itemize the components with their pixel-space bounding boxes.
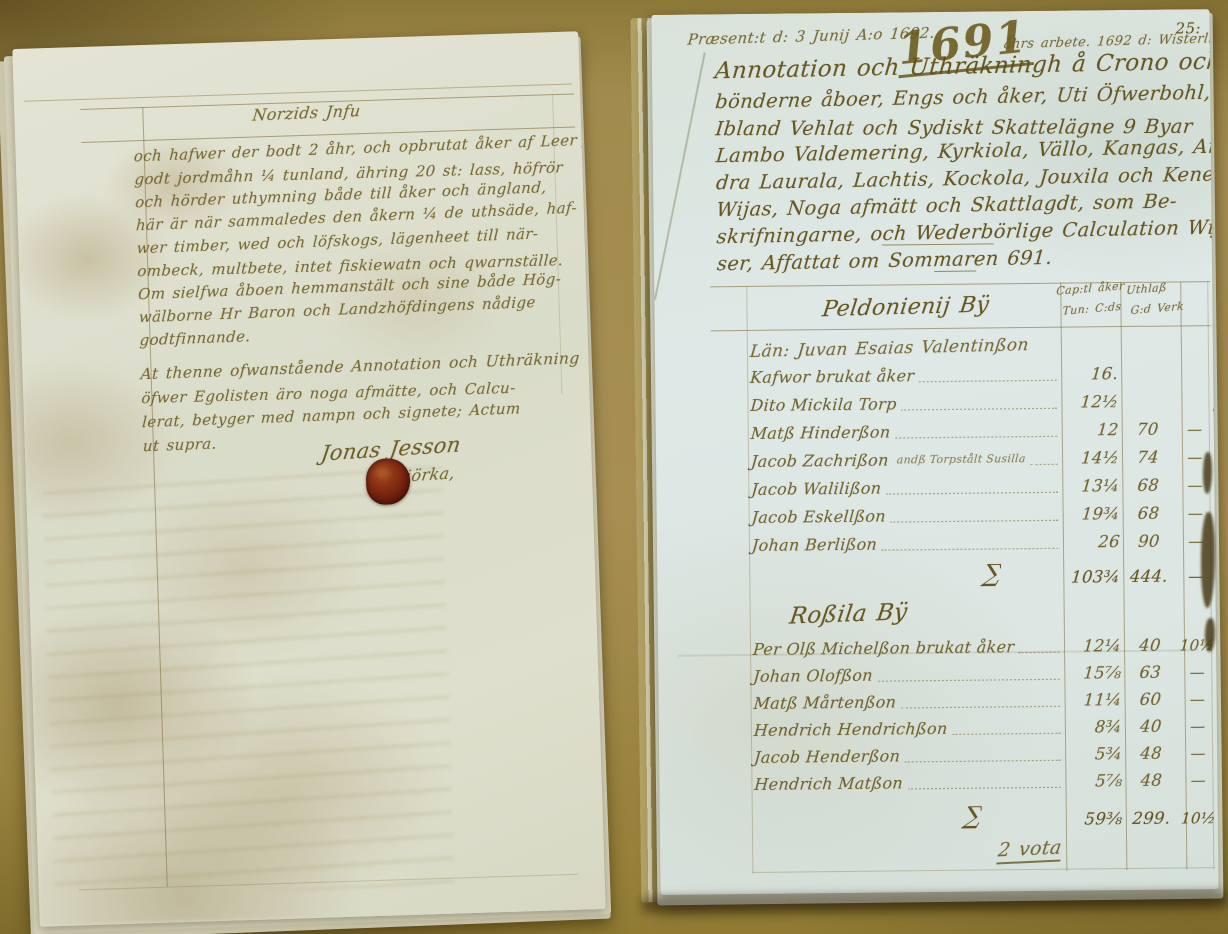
row-value: 11¼ <box>1065 690 1122 710</box>
left-page: Norzids Jnfu och hafwer der bodt 2 åhr, … <box>12 31 605 926</box>
column-header: G:d Verk <box>1130 300 1184 317</box>
left-page-title: Norzids Jnfu <box>252 101 362 125</box>
sum-mark: ∑ <box>960 801 987 829</box>
row-value: 14½ <box>1062 448 1119 468</box>
row-value: 5⅞ <box>1066 771 1123 791</box>
ink-bleedthrough <box>42 466 455 898</box>
row-value: 48 <box>1121 743 1180 763</box>
ruled-line <box>24 84 572 102</box>
table-row: Jacob Henderßon 5¾ 48 — <box>753 743 1216 767</box>
table-row: Jacob Zachrißon andß Torpstålt Susilla 1… <box>750 447 1213 471</box>
row-name: Dito Mickila Torp <box>750 394 898 415</box>
row-value: 12¼ <box>1064 636 1121 656</box>
dotted-leader <box>919 373 1057 383</box>
dotted-leader <box>908 779 1062 789</box>
row-name: Hendrich Hendrichßon <box>753 719 948 740</box>
dotted-leader <box>901 698 1061 708</box>
row-name: Matß Hinderßon <box>750 422 891 442</box>
manuscript-line: At thenne ofwanstående Annotation och Ut… <box>140 351 580 382</box>
wax-seal <box>365 458 410 505</box>
dotted-leader <box>886 485 1059 495</box>
underline-691 <box>934 271 976 272</box>
heading-line: ser, Affattat om Sommaren 691. <box>716 246 1053 275</box>
section-title: Roßila Bÿ <box>788 599 909 629</box>
occupant-line: Län: Juvan Esaias Valentinßon <box>749 335 1030 362</box>
row-value: 70 <box>1118 419 1177 439</box>
table-row: Matß Hinderßon 12 70 — <box>750 419 1213 443</box>
row-name: Jacob Eskellßon <box>751 507 887 527</box>
sum-value: 444. <box>1119 566 1178 586</box>
manuscript-line: lerat, betyger med nampn och signete; Ac… <box>142 401 521 430</box>
row-name: Hendrich Matßon <box>754 773 904 794</box>
heading-line: Wijas, Noga afmätt och Skattlagdt, som B… <box>715 189 1177 221</box>
dotted-leader <box>901 401 1057 411</box>
row-name: Jacob Walilißon <box>751 479 883 499</box>
right-page: Præsent:t d: 3 Junij A:o 1692. 1691 åhrs… <box>651 9 1218 895</box>
row-value: 40 <box>1120 635 1179 655</box>
row-name: Per Olß Michelßon brukat åker <box>752 637 1015 659</box>
row-value: 15⅞ <box>1065 663 1122 683</box>
dotted-leader <box>1030 457 1058 466</box>
row-value: 12 <box>1062 420 1119 440</box>
row-value: 26 <box>1063 532 1120 552</box>
row-value: 68 <box>1119 503 1178 523</box>
row-value <box>1117 382 1175 383</box>
table-row: Jacob Walilißon 13¼ 68 — <box>751 475 1214 499</box>
row-value: 74 <box>1118 447 1177 467</box>
row-value: — <box>1179 690 1216 708</box>
table-row: Dito Mickila Torp 12½ <box>750 391 1213 415</box>
heading-line: bönderne åboer, Engs och åker, Uti Öfwer… <box>714 81 1211 114</box>
spacer <box>986 819 1061 827</box>
row-value: 90 <box>1119 531 1178 551</box>
table-row: Hendrich Hendrichßon 8¾ 40 — <box>753 716 1216 740</box>
page-number: 25: <box>1175 19 1201 37</box>
manuscript-line: ut supra. <box>143 436 218 454</box>
row-name: Johan Berlißon <box>751 535 878 555</box>
sum-line: ∑ 59⅜ 299. 10½ <box>754 799 1218 832</box>
column-header: Tun: C:ds <box>1062 300 1122 318</box>
seal-highlight <box>376 467 390 478</box>
row-value: 19¾ <box>1063 504 1120 524</box>
heading-line: Annotation och Uthräkningh å Crono och S… <box>714 47 1219 84</box>
row-name: Jacob Henderßon <box>753 746 901 767</box>
manuscript-photo: Norzids Jnfu och hafwer der bodt 2 åhr, … <box>0 0 1228 934</box>
sum-line: ∑ 103¾ 444. — <box>751 557 1215 590</box>
dotted-leader <box>1019 644 1060 653</box>
column-header: Uthlaß <box>1126 281 1167 297</box>
row-value: 8¾ <box>1065 717 1122 737</box>
table-row: Kafwor brukat åker 16. <box>749 363 1212 387</box>
row-note: andß Torpstålt Susilla <box>896 452 1026 466</box>
row-value: 13¼ <box>1063 476 1120 496</box>
table-row: Johan Olofßon 15⅞ 63 — <box>753 662 1216 686</box>
row-name: Johan Olofßon <box>753 666 874 686</box>
section-title: Peldonienij Bÿ <box>821 292 991 322</box>
table-rule <box>711 325 1211 331</box>
sum-value: 59⅜ <box>1066 809 1123 829</box>
dotted-leader <box>877 671 1060 681</box>
sum-mark: ∑ <box>980 559 1007 587</box>
table-row: Matß Mårtenßon 11¼ 60 — <box>753 689 1216 713</box>
row-value: — <box>1179 717 1216 735</box>
row-value: 5¾ <box>1065 744 1122 764</box>
row-name: Jacob Zachrißon <box>750 450 889 470</box>
row-value: 12½ <box>1062 392 1119 412</box>
spacer <box>1006 577 1059 585</box>
dotted-leader <box>895 429 1058 439</box>
sum-value: 103¾ <box>1063 567 1120 587</box>
row-value: — <box>1179 744 1216 762</box>
row-name: Kafwor brukat åker <box>749 366 915 387</box>
sum-value: 10½ <box>1180 809 1217 827</box>
footer-note-text: 2 vota <box>996 836 1063 864</box>
row-value: 68 <box>1119 475 1178 495</box>
row-value: — <box>1179 663 1216 681</box>
footer-note: 2 vota <box>997 836 1063 861</box>
row-value: 63 <box>1121 662 1180 682</box>
row-value <box>1118 410 1176 411</box>
row-name: Matß Mårtenßon <box>753 692 897 713</box>
row-value: 40 <box>1121 716 1180 736</box>
sum-value: 299. <box>1122 808 1181 828</box>
row-value: 60 <box>1121 689 1180 709</box>
dotted-leader <box>890 513 1058 523</box>
dotted-leader <box>882 541 1059 551</box>
underline-calculation <box>882 243 994 245</box>
fold-crease <box>654 52 706 299</box>
dotted-leader <box>905 752 1062 762</box>
row-value: — <box>1180 771 1217 789</box>
table-row: Jacob Eskellßon 19¾ 68 — <box>751 503 1214 527</box>
row-value: 48 <box>1122 770 1181 790</box>
dotted-leader <box>952 725 1061 735</box>
table-rule <box>752 867 1214 873</box>
manuscript-line: godtfinnande. <box>139 329 251 348</box>
table-row: Johan Berlißon 26 90 — <box>751 531 1214 555</box>
table-row: Hendrich Matßon 5⅞ 48 — <box>754 770 1217 794</box>
ruled-line <box>79 874 579 891</box>
table-row: Per Olß Michelßon brukat åker 12¼ 40 10½ <box>752 635 1215 659</box>
row-value: 16. <box>1061 364 1118 384</box>
row-value: — <box>1176 420 1213 438</box>
